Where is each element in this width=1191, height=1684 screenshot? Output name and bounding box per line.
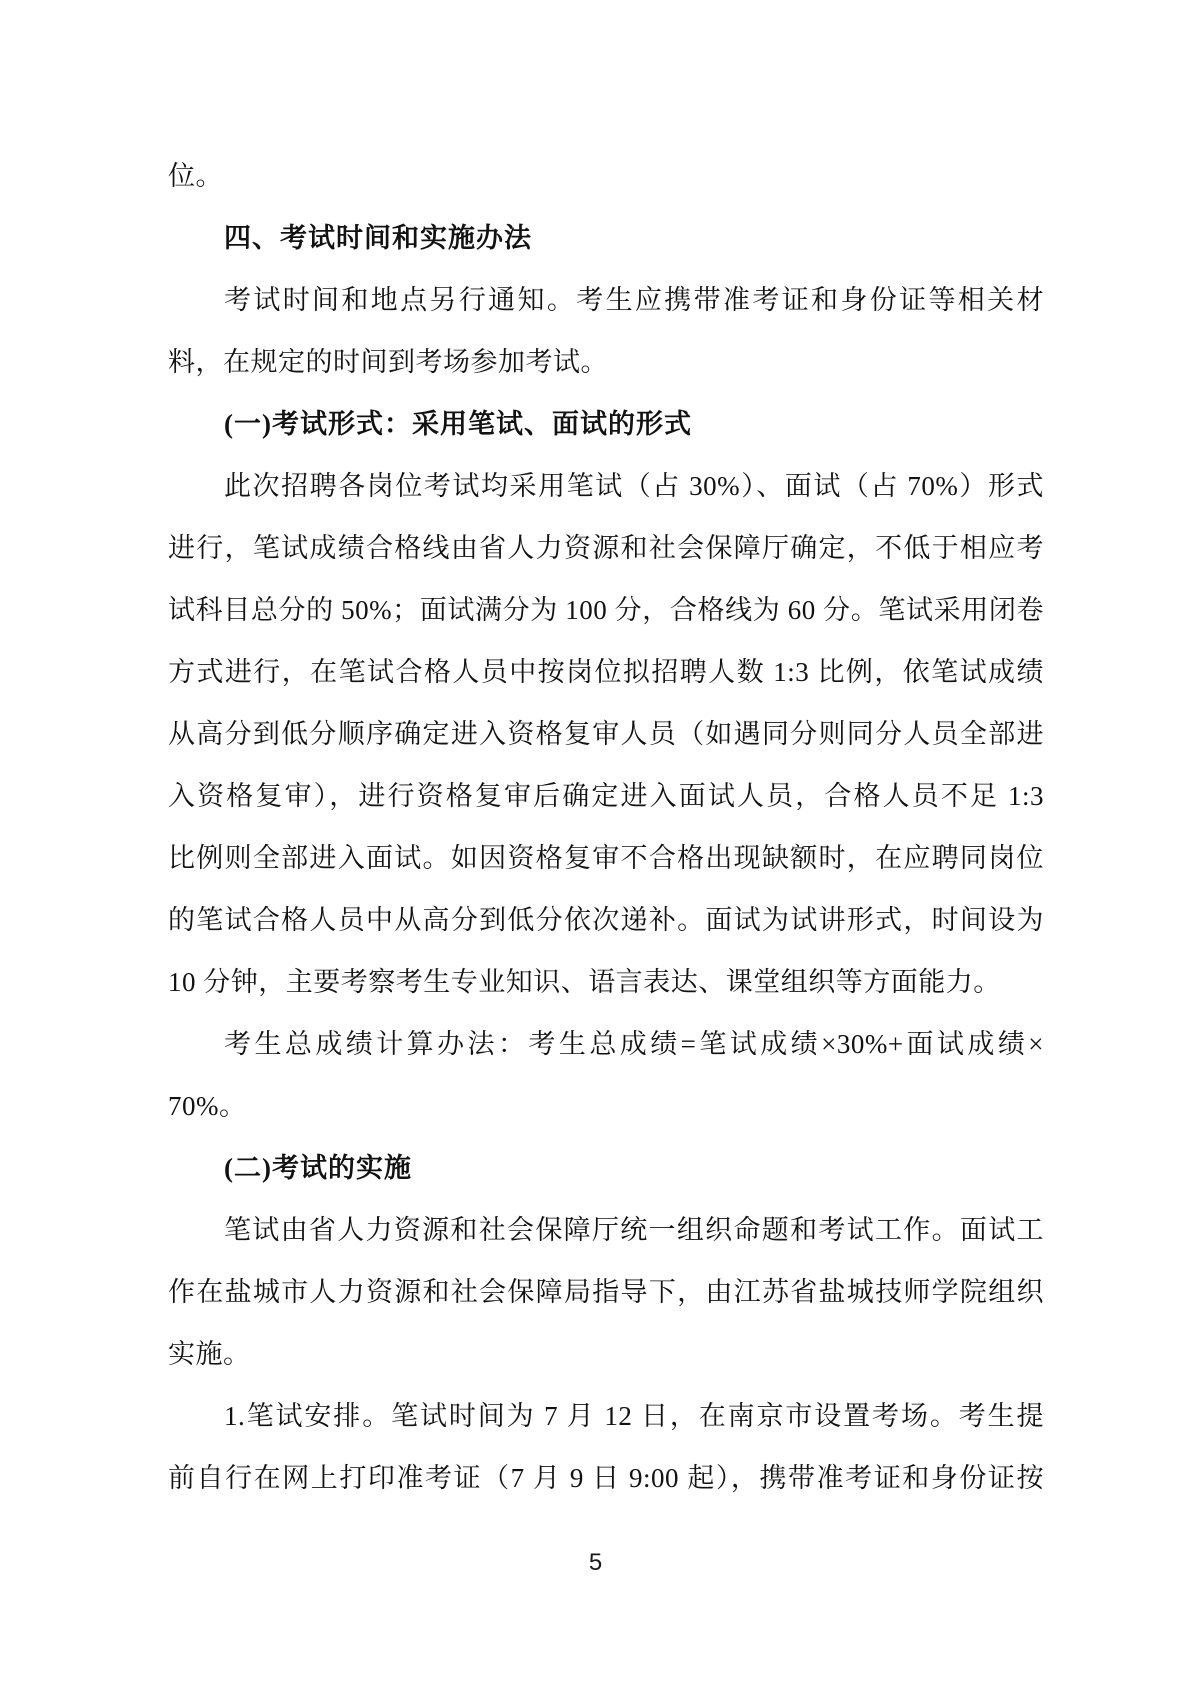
body-line: 入资格复审），进行资格复审后确定进入面试人员，合格人员不足 1:3 <box>168 765 1044 827</box>
body-line: 70%。 <box>168 1075 1044 1137</box>
subsection-heading-2: (二)考试的实施 <box>168 1137 1044 1199</box>
body-line: 方式进行，在笔试合格人员中按岗位拟招聘人数 1:3 比例，依笔试成绩 <box>168 641 1044 703</box>
body-line: 位。 <box>168 145 1044 207</box>
document-page: 位。 四、考试时间和实施办法 考试时间和地点另行通知。考生应携带准考证和身份证等… <box>0 0 1191 1684</box>
body-line: 10 分钟，主要考察考生专业知识、语言表达、课堂组织等方面能力。 <box>168 951 1044 1013</box>
body-line: 进行，笔试成绩合格线由省人力资源和社会保障厅确定，不低于相应考 <box>168 517 1044 579</box>
body-line: 的笔试合格人员中从高分到低分依次递补。面试为试讲形式，时间设为 <box>168 889 1044 951</box>
body-line: 试科目总分的 50%；面试满分为 100 分，合格线为 60 分。笔试采用闭卷 <box>168 579 1044 641</box>
body-line: 料，在规定的时间到考场参加考试。 <box>168 331 1044 393</box>
section-heading-four: 四、考试时间和实施办法 <box>168 207 1044 269</box>
body-line: 考试时间和地点另行通知。考生应携带准考证和身份证等相关材 <box>168 269 1044 331</box>
body-line: 从高分到低分顺序确定进入资格复审人员（如遇同分则同分人员全部进 <box>168 703 1044 765</box>
body-line: 前自行在网上打印准考证（7 月 9 日 9:00 起），携带准考证和身份证按 <box>168 1447 1044 1509</box>
body-line: 实施。 <box>168 1323 1044 1385</box>
page-number: 5 <box>0 1548 1191 1578</box>
body-line: 笔试由省人力资源和社会保障厅统一组织命题和考试工作。面试工 <box>168 1199 1044 1261</box>
subsection-heading-1: (一)考试形式：采用笔试、面试的形式 <box>168 393 1044 455</box>
body-line: 作在盐城市人力资源和社会保障局指导下，由江苏省盐城技师学院组织 <box>168 1261 1044 1323</box>
document-body: 位。 四、考试时间和实施办法 考试时间和地点另行通知。考生应携带准考证和身份证等… <box>168 145 1044 1509</box>
body-line: 此次招聘各岗位考试均采用笔试（占 30%）、面试（占 70%）形式 <box>168 455 1044 517</box>
body-line: 比例则全部进入面试。如因资格复审不合格出现缺额时，在应聘同岗位 <box>168 827 1044 889</box>
body-line: 考生总成绩计算办法：考生总成绩=笔试成绩×30%+面试成绩× <box>168 1013 1044 1075</box>
body-line: 1.笔试安排。笔试时间为 7 月 12 日，在南京市设置考场。考生提 <box>168 1385 1044 1447</box>
